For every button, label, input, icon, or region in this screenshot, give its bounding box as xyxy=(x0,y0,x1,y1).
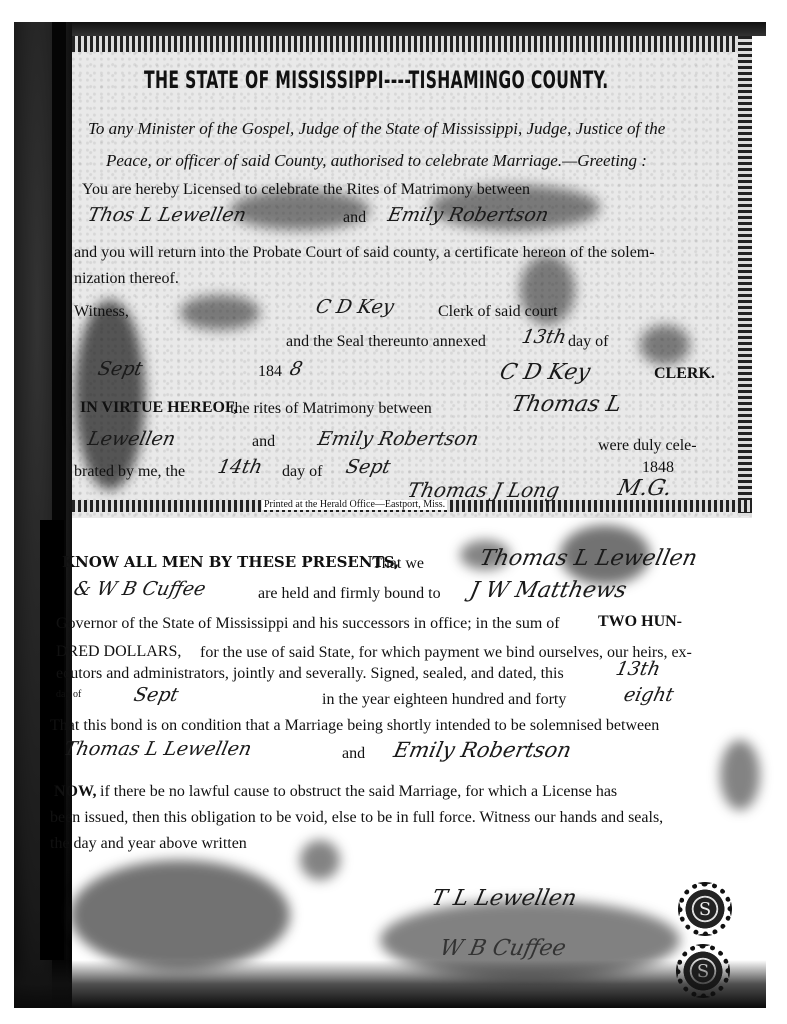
licensed-statement: You are hereby Licensed to celebrate the… xyxy=(82,182,530,198)
surety-name-handwritten: & W B Cuffee xyxy=(72,580,207,599)
and-label: and xyxy=(342,746,365,762)
now-line: if there be no lawful cause to obstruct … xyxy=(100,784,617,800)
executors-line: ecutors and administrators, jointly and … xyxy=(56,666,564,682)
clerk-of-court-label: Clerk of said court xyxy=(438,304,558,320)
governor-line: Governor of the State of Mississippi and… xyxy=(56,616,560,632)
celebration-year: 1848 xyxy=(642,460,674,476)
and-label: and xyxy=(252,434,275,450)
clerk-signature-2: C D Key xyxy=(498,362,592,384)
clerk-signature-1: C D Key xyxy=(314,298,396,317)
held-bound-label: are held and firmly bound to xyxy=(258,586,441,602)
officiant-title-handwritten: M.G. xyxy=(616,478,674,500)
scan-bottom-edge-shadow xyxy=(14,960,766,1008)
principal-name-handwritten: Thomas L Lewellen xyxy=(478,548,699,570)
signed-day-handwritten: 13th xyxy=(614,660,662,679)
ornamental-border-top xyxy=(72,36,752,52)
license-title: THE STATE OF MISSISSIPPI----TISHAMINGO C… xyxy=(144,68,609,92)
condition-groom-handwritten: Thomas L Lewellen xyxy=(62,740,253,759)
license-address-line-1: To any Minister of the Gospel, Judge of … xyxy=(88,120,665,137)
bride-name-handwritten: Emily Robertson xyxy=(386,206,550,225)
and-label: and xyxy=(343,210,366,226)
day-of-label: day of xyxy=(568,334,608,350)
day-of-label: day of xyxy=(282,464,322,480)
celebration-day-handwritten: 14th xyxy=(216,458,264,477)
license-address-line-2: Peace, or officer of said County, author… xyxy=(106,152,647,169)
printer-imprint: Printed at the Herald Office—Eastport, M… xyxy=(262,500,447,510)
return-instruction-line-2: nization thereof. xyxy=(74,271,179,287)
virtue-groom-handwritten-2: Lewellen xyxy=(86,430,177,449)
seal-annexed-line: and the Seal thereunto annexed xyxy=(286,334,486,350)
year-line: in the year eighteen hundred and forty xyxy=(322,692,566,708)
scan-binding-shadow xyxy=(40,520,64,960)
scan-smudge xyxy=(75,300,145,490)
license-month-handwritten: Sept xyxy=(96,360,144,379)
year-word-handwritten: eight xyxy=(622,686,675,705)
virtue-bride-handwritten: Emily Robertson xyxy=(316,430,480,449)
witness-label: Witness, xyxy=(74,304,129,320)
ornamental-border-right xyxy=(738,36,752,516)
bond-sum-part-2: DRED DOLLARS, xyxy=(56,644,181,660)
written-line: the day and year above written xyxy=(50,836,247,852)
virtue-text: the rites of Matrimony between xyxy=(230,401,432,417)
condition-line: That this bond is on condition that a Ma… xyxy=(50,718,659,734)
scan-smudge xyxy=(180,295,260,330)
that-we-label: That we xyxy=(372,556,424,572)
bond-sum-part-1: TWO HUN- xyxy=(598,614,682,630)
seal-day-handwritten: 13th xyxy=(520,328,568,347)
seal-glyph: S xyxy=(699,899,711,920)
issued-line: been issued, then this obligation to be … xyxy=(50,810,663,826)
return-instruction-line: and you will return into the Probate Cou… xyxy=(74,245,655,261)
now-heading: NOW, xyxy=(54,784,97,800)
scan-smudge xyxy=(300,840,340,880)
clerk-label: CLERK. xyxy=(654,366,715,382)
groom-name-handwritten: Thos L Lewellen xyxy=(86,206,248,225)
day-of-label: day of xyxy=(56,690,81,700)
virtue-groom-handwritten-1: Thomas L xyxy=(510,394,624,416)
wax-seal-1-icon: S xyxy=(678,882,732,936)
scan-top-edge-shadow xyxy=(72,22,766,36)
signed-month-handwritten: Sept xyxy=(132,686,180,705)
scan-smudge xyxy=(70,860,290,970)
signature-principal: T L Lewellen xyxy=(430,888,579,910)
signature-surety: W B Cuffee xyxy=(438,938,568,960)
year-prefix: 184 xyxy=(258,364,282,380)
celebration-month-handwritten: Sept xyxy=(344,458,392,477)
in-virtue-heading: IN VIRTUE HEREOF, xyxy=(80,400,237,416)
bond-heading: KNOW ALL MEN BY THESE PRESENTS, xyxy=(62,555,399,570)
officiant-signature: Thomas J Long xyxy=(406,480,561,500)
brated-by-label: brated by me, the xyxy=(74,464,185,480)
scan-smudge xyxy=(720,740,760,810)
scan-smudge xyxy=(640,325,690,365)
condition-bride-handwritten: Emily Robertson xyxy=(392,740,573,761)
duly-celebrated-label: were duly cele- xyxy=(598,438,697,454)
governor-name-handwritten: J W Matthews xyxy=(468,580,629,602)
